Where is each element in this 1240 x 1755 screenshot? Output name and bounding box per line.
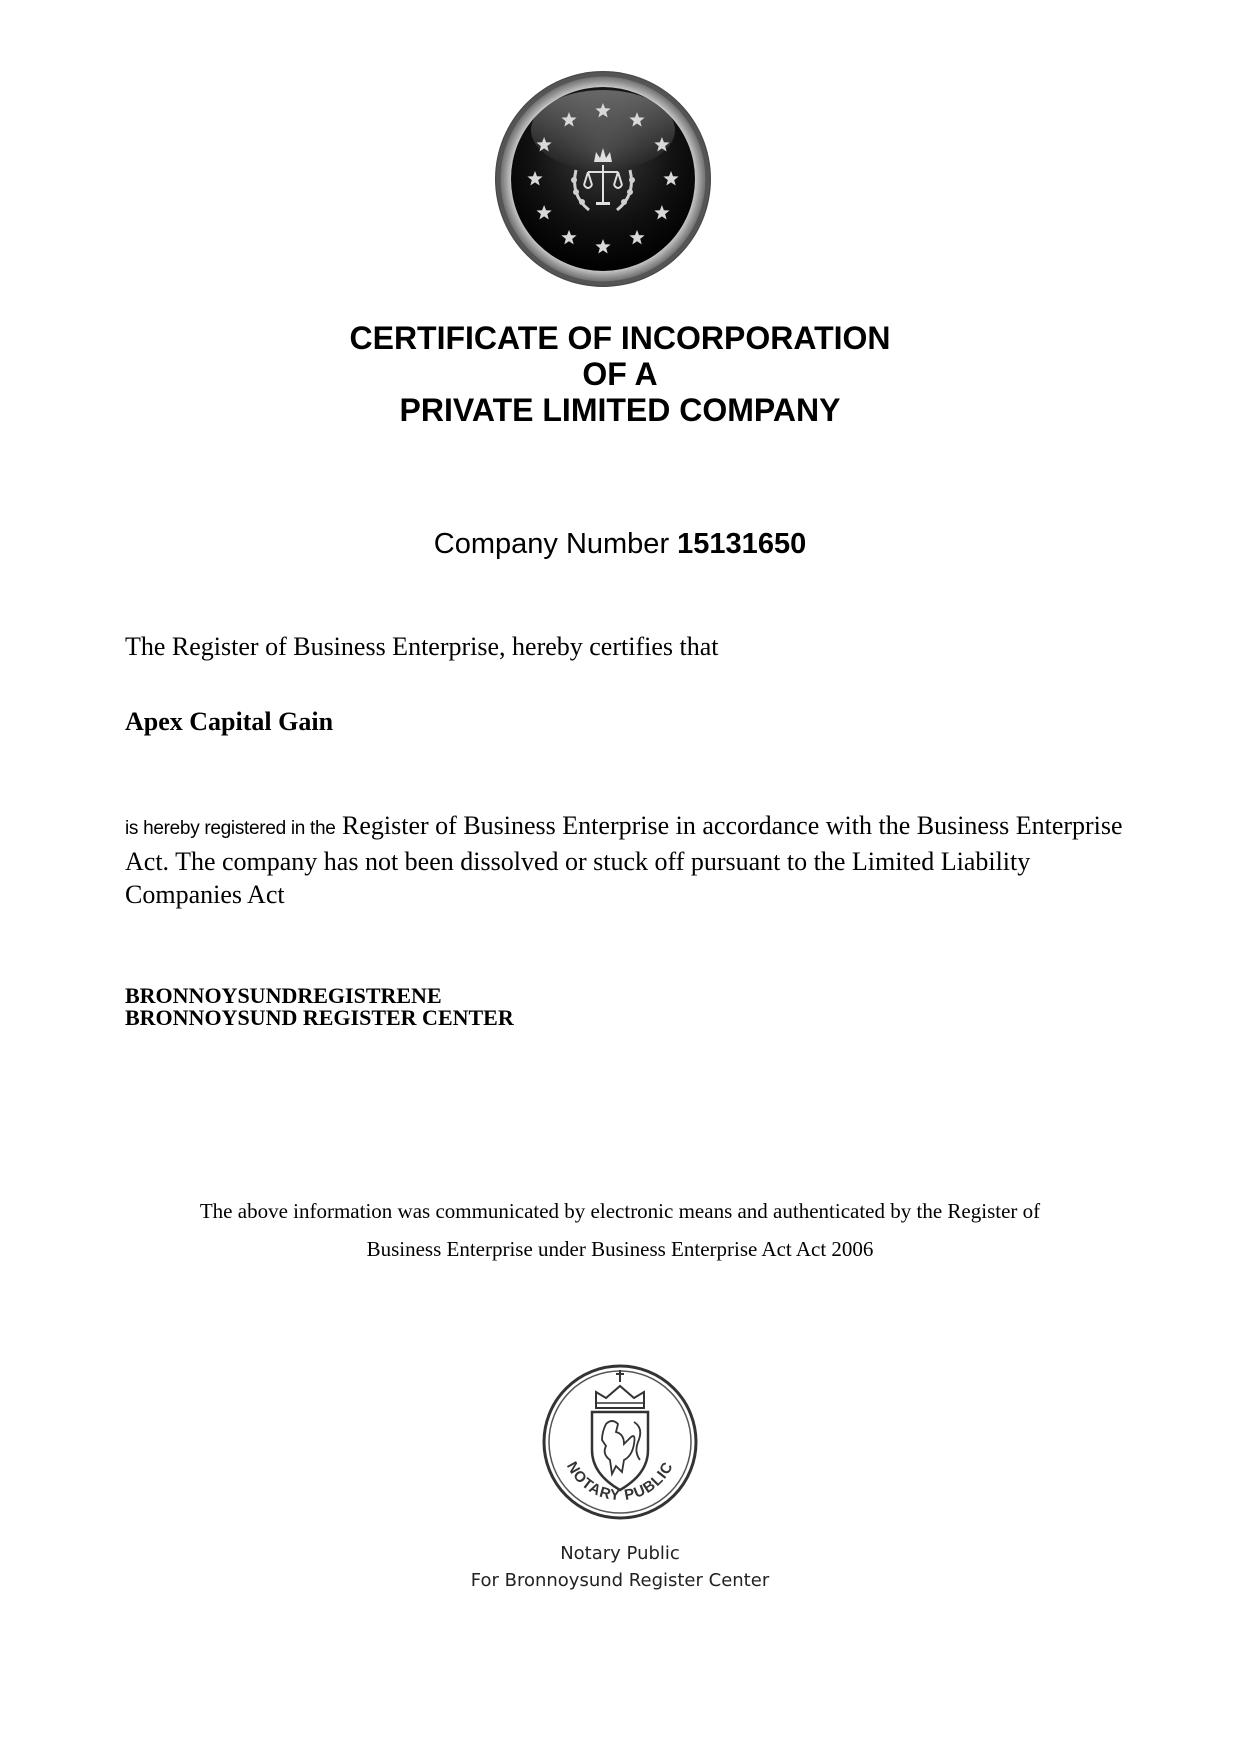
certifies-statement: The Register of Business Enterprise, her… [125, 632, 718, 662]
title-line-3: PRIVATE LIMITED COMPANY [0, 392, 1240, 428]
registry-name-block: BRONNOYSUNDREGISTRENE BRONNOYSUND REGIST… [125, 985, 514, 1029]
notary-organization: For Bronnoysund Register Center [0, 1567, 1240, 1594]
registry-name-norwegian: BRONNOYSUNDREGISTRENE [125, 985, 514, 1007]
notary-signature-block: Notary Public For Bronnoysund Register C… [0, 1540, 1240, 1594]
seal-text: NOTARY PUBLIC [563, 1459, 677, 1504]
authentication-note-line-2: Business Enterprise under Business Enter… [0, 1230, 1240, 1268]
company-number-label: Company Number [434, 528, 669, 560]
registration-paragraph: is hereby registered in the Register of … [125, 809, 1125, 911]
registry-name-english: BRONNOYSUND REGISTER CENTER [125, 1007, 514, 1029]
company-number-line: Company Number 15131650 [0, 528, 1240, 561]
authentication-note-line-1: The above information was communicated b… [0, 1192, 1240, 1230]
certificate-title: CERTIFICATE OF INCORPORATION OF A PRIVAT… [0, 320, 1240, 428]
company-name: Apex Capital Gain [125, 707, 333, 737]
title-line-2: OF A [0, 356, 1240, 392]
svg-text:NOTARY PUBLIC: NOTARY PUBLIC [563, 1459, 677, 1504]
registration-lead-text: is hereby registered in the [125, 818, 336, 839]
notary-title: Notary Public [0, 1540, 1240, 1567]
justice-emblem-icon [494, 70, 712, 288]
notary-seal-icon: NOTARY PUBLIC [540, 1362, 700, 1522]
authentication-note: The above information was communicated b… [0, 1192, 1240, 1268]
company-number-value: 15131650 [677, 528, 806, 560]
title-line-1: CERTIFICATE OF INCORPORATION [0, 320, 1240, 356]
